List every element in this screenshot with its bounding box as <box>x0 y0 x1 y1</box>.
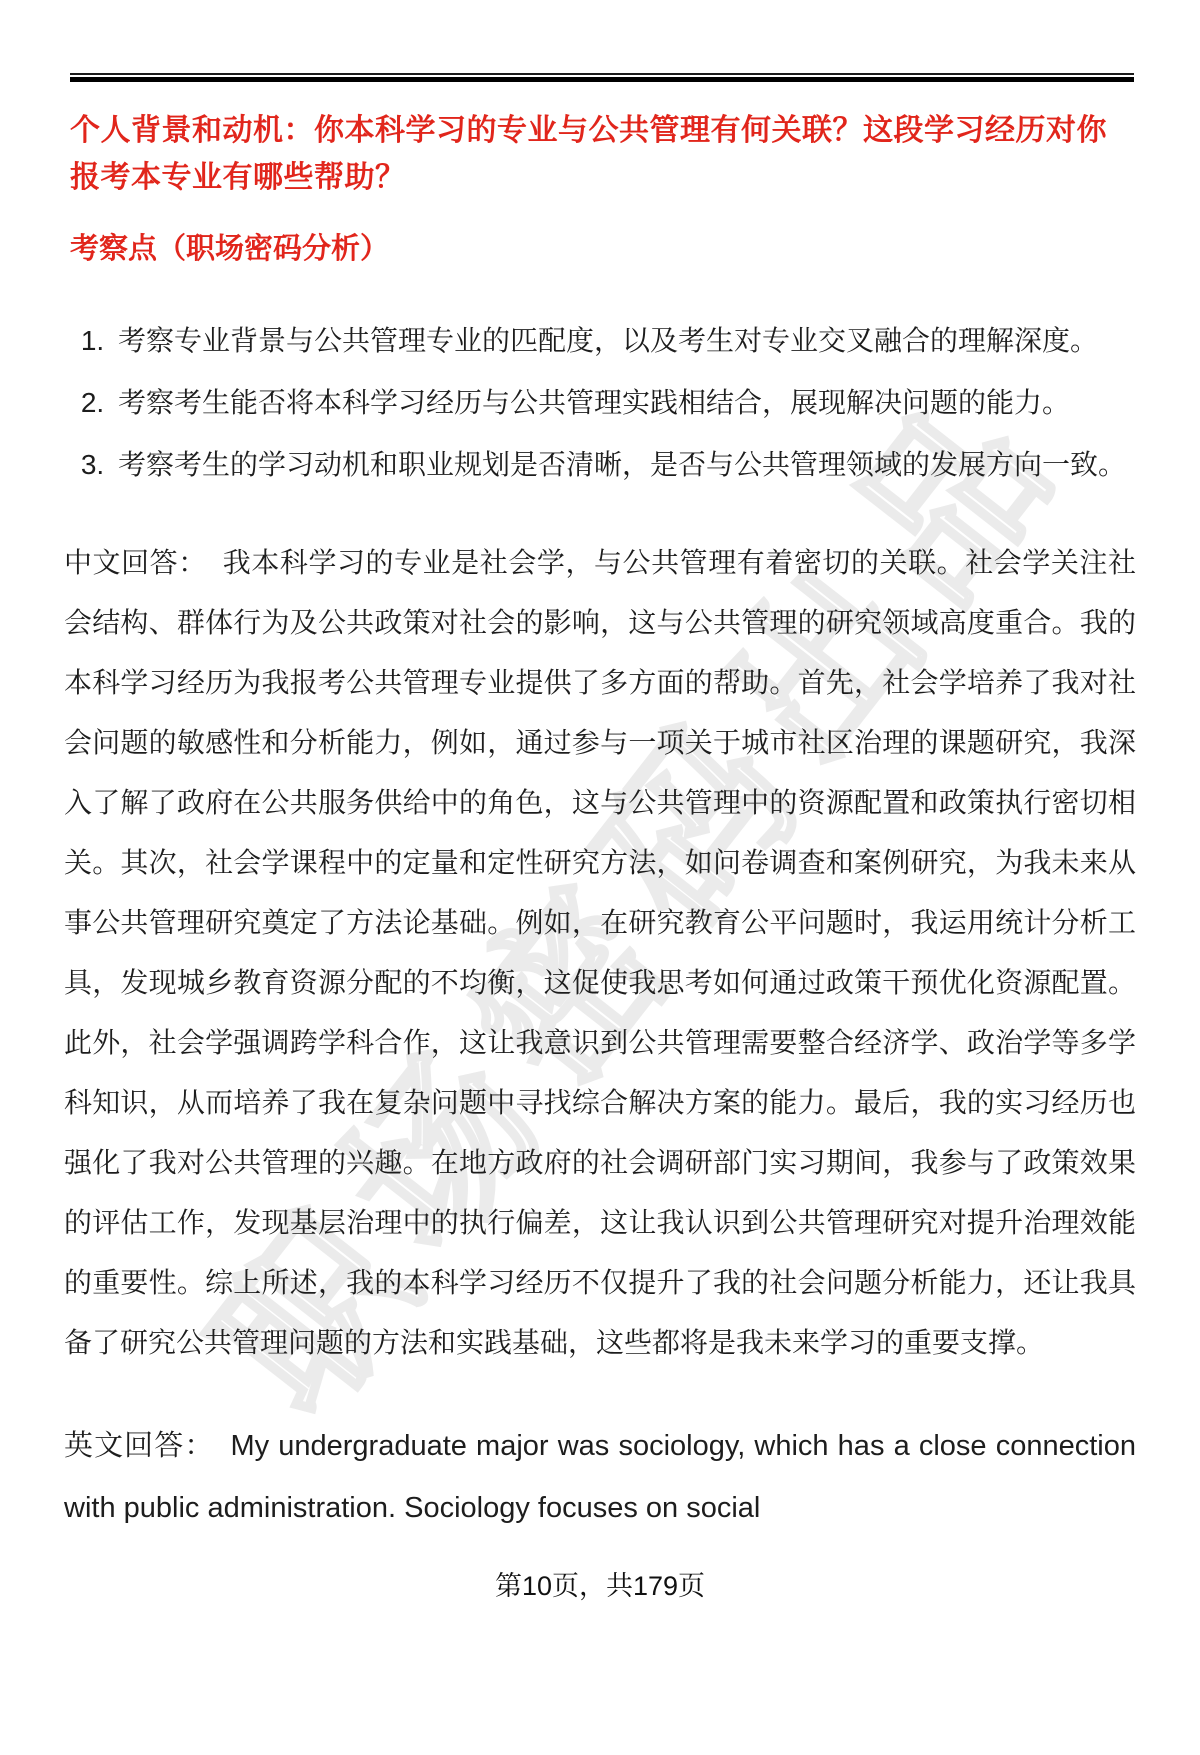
question-heading: 个人背景和动机：你本科学习的专业与公共管理有何关联？这段学习经历对你报考本专业有… <box>70 107 1134 201</box>
english-answer-text: My undergraduate major was sociology, wh… <box>64 1430 1136 1524</box>
exam-points-heading: 考察点（职场密码分析） <box>70 229 1136 269</box>
english-answer-paragraph: 英文回答：My undergraduate major was sociolog… <box>64 1415 1136 1539</box>
page-number-footer: 第10页，共179页 <box>64 1569 1136 1603</box>
exam-points-list: 考察专业背景与公共管理专业的匹配度，以及考生对专业交叉融合的理解深度。 考察考生… <box>64 311 1136 495</box>
list-item: 考察考生能否将本科学习经历与公共管理实践相结合，展现解决问题的能力。 <box>112 373 1136 433</box>
chinese-answer-text: 我本科学习的专业是社会学，与公共管理有着密切的关联。社会学关注社会结构、群体行为… <box>64 547 1136 1358</box>
english-answer-label: 英文回答： <box>64 1430 214 1462</box>
list-item: 考察专业背景与公共管理专业的匹配度，以及考生对专业交叉融合的理解深度。 <box>112 311 1136 371</box>
chinese-answer-paragraph: 中文回答：我本科学习的专业是社会学，与公共管理有着密切的关联。社会学关注社会结构… <box>64 533 1136 1373</box>
page-content: 个人背景和动机：你本科学习的专业与公共管理有何关联？这段学习经历对你报考本专业有… <box>0 73 1200 1603</box>
top-divider-rule <box>70 73 1134 82</box>
chinese-answer-label: 中文回答： <box>64 547 207 578</box>
list-item: 考察考生的学习动机和职业规划是否清晰，是否与公共管理领域的发展方向一致。 <box>112 435 1136 495</box>
document-page: 职场密码出品 个人背景和动机：你本科学习的专业与公共管理有何关联？这段学习经历对… <box>0 0 1200 1755</box>
